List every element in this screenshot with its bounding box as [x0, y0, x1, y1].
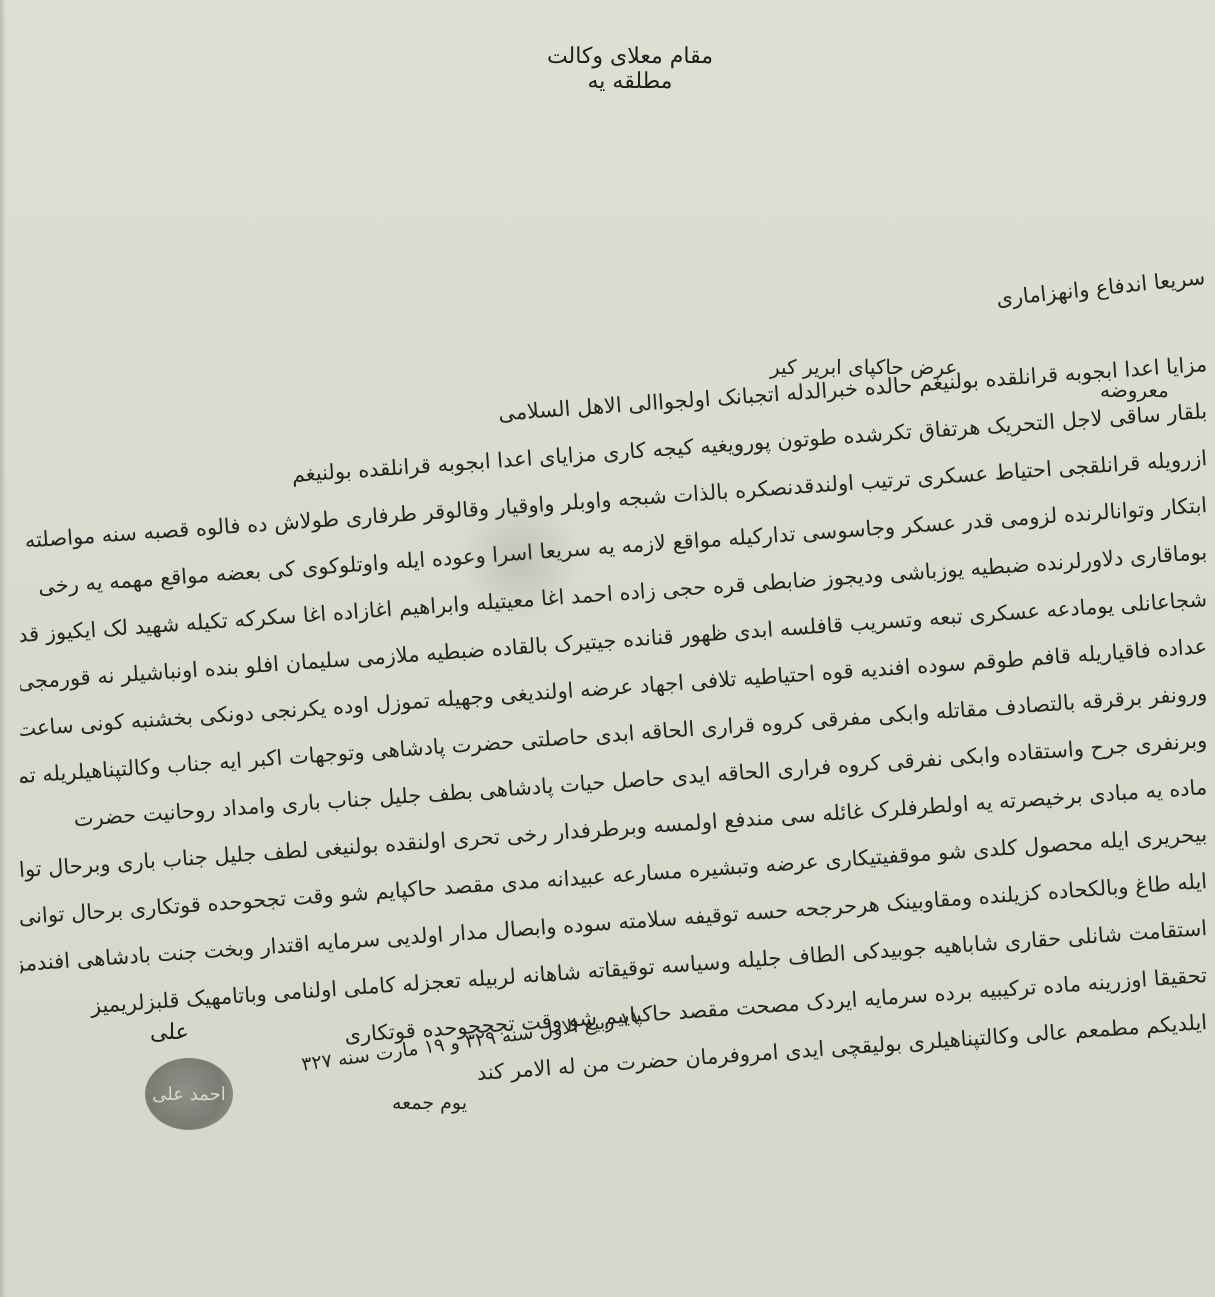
document-heading: مقام معلای وکالت مطلقه یه	[540, 44, 720, 94]
seal-stamp: احمد علی	[145, 1058, 233, 1130]
letter-day: یوم جمعه	[392, 1092, 467, 1114]
scan-edge	[0, 0, 6, 1297]
seal-text: احمد علی	[152, 1084, 225, 1105]
signature-mark: علی	[150, 1020, 189, 1045]
